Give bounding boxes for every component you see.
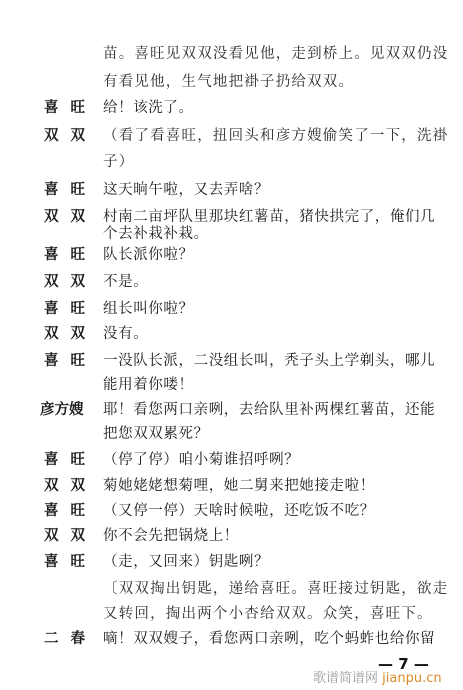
dialogue-text: 嘀！双双嫂子，看您两口亲咧，吃个蚂蚱也给你留 [103, 627, 435, 651]
speaker-name: 双双 [44, 270, 100, 294]
script-line: 喜旺 （停了停）咱小菊谁招呼咧？ [0, 448, 463, 472]
dialogue-text: （走，又回来）钥匙咧？ [103, 550, 269, 574]
speaker-name: 喜旺 [44, 297, 100, 321]
stage-direction: （看了看喜旺，扭回头和彦方嫂偷笑了一下，洗褂 [103, 124, 448, 148]
stage-direction: 苗。喜旺见双双没看见他，走到桥上。见双双仍没 [103, 42, 448, 66]
script-page: 苗。喜旺见双双没看见他，走到桥上。见双双仍没 有看见他，生气地把褂子扔给双双。 … [0, 0, 463, 690]
dialogue-text: 耶！看您两口亲咧，去给队里补两棵红薯苗，还能 [103, 398, 435, 422]
script-line: 能用着你喽！ [0, 373, 463, 397]
speaker-name: 喜旺 [44, 178, 100, 202]
speaker-name: 喜旺 [44, 448, 100, 472]
script-line: 〔双双掏出钥匙，递给喜旺。喜旺接过钥匙，欲走 [0, 577, 463, 601]
speaker-name: 喜旺 [44, 243, 100, 267]
dialogue-text: 队长派你啦？ [103, 243, 194, 267]
script-line: 双双 菊她姥姥想菊哩，她二舅来把她接走啦！ [0, 474, 463, 498]
script-line: 双双 没有。 [0, 322, 463, 346]
script-line: 喜旺 给！该洗了。 [0, 96, 463, 120]
dialogue-text: 菊她姥姥想菊哩，她二舅来把她接走啦！ [103, 474, 375, 498]
speaker-name: 喜旺 [44, 349, 100, 373]
dialogue-text: 不是。 [103, 270, 148, 294]
speaker-name: 喜旺 [44, 96, 100, 120]
stage-direction: 有看见他，生气地把褂子扔给双双。 [103, 70, 354, 94]
stage-direction: 又转回，掏出两个小杏给双双。众笑，喜旺下。 [103, 602, 433, 626]
script-line: 子） [0, 150, 463, 174]
script-line: 苗。喜旺见双双没看见他，走到桥上。见双双仍没 [0, 42, 463, 66]
speaker-name: 二春 [44, 627, 100, 651]
speaker-name: 喜旺 [44, 550, 100, 574]
script-line: 喜旺 一没队长派，二没组长叫，秃子头上学剃头，哪儿 [0, 349, 463, 373]
script-line: 又转回，掏出两个小杏给双双。众笑，喜旺下。 [0, 602, 463, 626]
speaker-name: 双双 [44, 124, 100, 148]
speaker-name: 双双 [44, 524, 100, 548]
script-line: 喜旺 队长派你啦？ [0, 243, 463, 267]
dialogue-text: （又停一停）天啥时候啦，还吃饭不吃？ [103, 499, 375, 523]
watermark-url: jianpu.cn [382, 671, 441, 686]
stage-direction: 子） [103, 150, 134, 174]
watermark: 歌谱简谱网 jianpu.cn [313, 667, 442, 686]
dialogue-text: 组长叫你啦？ [103, 297, 194, 321]
script-line: 双双 不是。 [0, 270, 463, 294]
script-line: 把您双双累死？ [0, 422, 463, 446]
dialogue-text: 给！该洗了。 [103, 96, 194, 120]
dialogue-text: 把您双双累死？ [103, 422, 209, 446]
dialogue-text: （停了停）咱小菊谁招呼咧？ [103, 448, 299, 472]
script-line: 喜旺 这天晌午啦，又去弄啥？ [0, 178, 463, 202]
stage-direction: 〔双双掏出钥匙，递给喜旺。喜旺接过钥匙，欲走 [103, 577, 448, 601]
dialogue-text: 一没队长派，二没组长叫，秃子头上学剃头，哪儿 [103, 349, 435, 373]
script-line: 彦方嫂 耶！看您两口亲咧，去给队里补两棵红薯苗，还能 [0, 398, 463, 422]
dialogue-text: 这天晌午啦，又去弄啥？ [103, 178, 269, 202]
speaker-name: 喜旺 [44, 499, 100, 523]
watermark-site: 歌谱简谱网 [313, 671, 378, 686]
speaker-name: 彦方嫂 [40, 398, 96, 422]
script-line: 双双 （看了看喜旺，扭回头和彦方嫂偷笑了一下，洗褂 [0, 124, 463, 148]
speaker-name: 双双 [44, 474, 100, 498]
dialogue-text: 能用着你喽！ [103, 373, 194, 397]
script-line: 喜旺 （又停一停）天啥时候啦，还吃饭不吃？ [0, 499, 463, 523]
script-line: 二春 嘀！双双嫂子，看您两口亲咧，吃个蚂蚱也给你留 [0, 627, 463, 651]
speaker-name: 双双 [44, 322, 100, 346]
script-line: 双双 你不会先把锅烧上！ [0, 524, 463, 548]
script-line: 有看见他，生气地把褂子扔给双双。 [0, 70, 463, 94]
script-line: 喜旺 组长叫你啦？ [0, 297, 463, 321]
dialogue-text: 没有。 [103, 322, 148, 346]
dialogue-text: 你不会先把锅烧上！ [103, 524, 239, 548]
script-line: 喜旺 （走，又回来）钥匙咧？ [0, 550, 463, 574]
